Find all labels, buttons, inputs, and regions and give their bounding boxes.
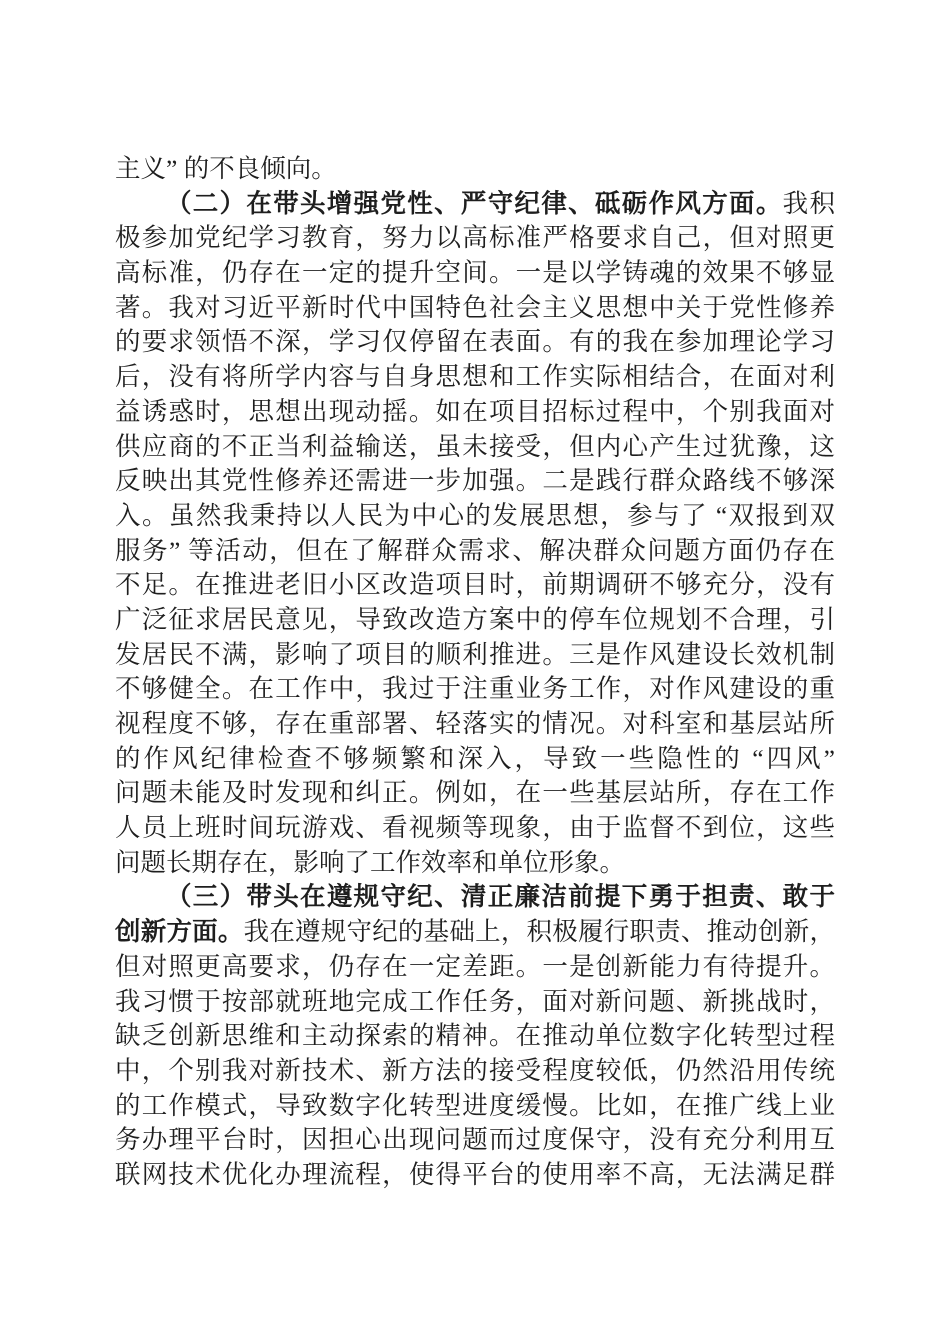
text-segment: 人员上班时间玩游戏、看视频等现象，由于监督不到位，这些 [115, 813, 835, 842]
text-segment: 问题未能及时发现和纠正。例如，在一些基层站所，存在工作 [115, 778, 835, 807]
text-segment: 务办理平台时，因担心出现问题而过度保守，没有充分利用互 [115, 1125, 835, 1154]
doc-line: 益诱惑时，思想出现动摇。如在项目招标过程中，个别我面对 [115, 395, 835, 430]
doc-line: 中，个别我对新技术、新方法的接受程度较低，仍然沿用传统 [115, 1054, 835, 1089]
text-segment: 的作风纪律检查不够频繁和深入，导致一些隐性的 “四风” [115, 744, 835, 773]
text-segment: 我在遵规守纪的基础上，积极履行职责、推动创新， [244, 917, 835, 946]
doc-line: 高标准，仍存在一定的提升空间。一是以学铸魂的效果不够显 [115, 256, 835, 291]
doc-line: 联网技术优化办理流程，使得平台的使用率不高，无法满足群 [115, 1158, 835, 1193]
doc-line: 供应商的不正当利益输送，虽未接受，但内心产生过犹豫，这 [115, 430, 835, 465]
text-segment: 但对照更高要求，仍存在一定差距。一是创新能力有待提升。 [115, 952, 835, 981]
doc-line: 我习惯于按部就班地完成工作任务，面对新问题、新挑战时， [115, 985, 835, 1020]
text-segment: 主义” 的不良倾向。 [115, 154, 337, 183]
text-segment: 服务” 等活动，但在了解群众需求、解决群众问题方面仍存在 [115, 536, 835, 565]
text-segment: 的要求领悟不深，学习仅停留在表面。有的我在参加理论学习 [115, 327, 835, 356]
doc-line: 极参加党纪学习教育，努力以高标准严格要求自己，但对照更 [115, 221, 835, 256]
document-text-block: 主义” 的不良倾向。 （二）在带头增强党性、严守纪律、砥砺作风方面。我积 极参加… [115, 152, 835, 1193]
doc-line: 缺乏创新思维和主动探索的精神。在推动单位数字化转型过程 [115, 1019, 835, 1054]
doc-line: 问题未能及时发现和纠正。例如，在一些基层站所，存在工作 [115, 776, 835, 811]
doc-line: 广泛征求居民意见，导致改造方案中的停车位规划不合理，引 [115, 603, 835, 638]
doc-line: 反映出其党性修养还需进一步加强。二是践行群众路线不够深 [115, 464, 835, 499]
doc-line: 问题长期存在，影响了工作效率和单位形象。 [115, 846, 835, 881]
text-segment: 极参加党纪学习教育，努力以高标准严格要求自己，但对照更 [115, 223, 835, 252]
document-page: 主义” 的不良倾向。 （二）在带头增强党性、严守纪律、砥砺作风方面。我积 极参加… [0, 0, 950, 1344]
text-segment: 入。虽然我秉持以人民为中心的发展思想，参与了 “双报到双 [115, 501, 835, 530]
doc-line: 创新方面。我在遵规守纪的基础上，积极履行职责、推动创新， [115, 915, 835, 950]
bold-text-segment: （三）带头在遵规守纪、清正廉洁前提下勇于担责、敢于 [166, 882, 835, 911]
doc-line-heading-2: （二）在带头增强党性、严守纪律、砥砺作风方面。我积 [115, 187, 835, 222]
doc-line: 的作风纪律检查不够频繁和深入，导致一些隐性的 “四风” [115, 742, 835, 777]
text-segment: 的工作模式，导致数字化转型进度缓慢。比如，在推广线上业 [115, 1091, 835, 1120]
text-segment: 中，个别我对新技术、新方法的接受程度较低，仍然沿用传统 [115, 1056, 835, 1085]
text-segment: 著。我对习近平新时代中国特色社会主义思想中关于党性修养 [115, 293, 835, 322]
text-segment: 缺乏创新思维和主动探索的精神。在推动单位数字化转型过程 [115, 1021, 835, 1050]
text-segment: 不足。在推进老旧小区改造项目时，前期调研不够充分，没有 [115, 570, 835, 599]
doc-line: 不够健全。在工作中，我过于注重业务工作，对作风建设的重 [115, 672, 835, 707]
doc-line: 人员上班时间玩游戏、看视频等现象，由于监督不到位，这些 [115, 811, 835, 846]
text-segment: 益诱惑时，思想出现动摇。如在项目招标过程中，个别我面对 [115, 397, 835, 426]
text-segment: 我积 [783, 189, 835, 218]
doc-line: 著。我对习近平新时代中国特色社会主义思想中关于党性修养 [115, 291, 835, 326]
doc-line: 视程度不够，存在重部署、轻落实的情况。对科室和基层站所 [115, 707, 835, 742]
doc-line: 服务” 等活动，但在了解群众需求、解决群众问题方面仍存在 [115, 534, 835, 569]
doc-line: 主义” 的不良倾向。 [115, 152, 835, 187]
text-segment: 不够健全。在工作中，我过于注重业务工作，对作风建设的重 [115, 674, 835, 703]
doc-line: 不足。在推进老旧小区改造项目时，前期调研不够充分，没有 [115, 568, 835, 603]
doc-line: 但对照更高要求，仍存在一定差距。一是创新能力有待提升。 [115, 950, 835, 985]
text-segment: 发居民不满，影响了项目的顺利推进。三是作风建设长效机制 [115, 640, 835, 669]
text-segment: 我习惯于按部就班地完成工作任务，面对新问题、新挑战时， [115, 987, 835, 1016]
doc-line: 发居民不满，影响了项目的顺利推进。三是作风建设长效机制 [115, 638, 835, 673]
text-segment: 问题长期存在，影响了工作效率和单位形象。 [115, 848, 625, 877]
text-segment: 供应商的不正当利益输送，虽未接受，但内心产生过犹豫，这 [115, 432, 835, 461]
doc-line-heading-3: （三）带头在遵规守纪、清正廉洁前提下勇于担责、敢于 [115, 880, 835, 915]
text-segment: 后，没有将所学内容与自身思想和工作实际相结合，在面对利 [115, 362, 835, 391]
text-segment: 联网技术优化办理流程，使得平台的使用率不高，无法满足群 [115, 1160, 835, 1189]
doc-line: 务办理平台时，因担心出现问题而过度保守，没有充分利用互 [115, 1123, 835, 1158]
text-segment: 反映出其党性修养还需进一步加强。二是践行群众路线不够深 [115, 466, 835, 495]
text-segment: 高标准，仍存在一定的提升空间。一是以学铸魂的效果不够显 [115, 258, 835, 287]
doc-line: 后，没有将所学内容与自身思想和工作实际相结合，在面对利 [115, 360, 835, 395]
doc-line: 的工作模式，导致数字化转型进度缓慢。比如，在推广线上业 [115, 1089, 835, 1124]
doc-line: 的要求领悟不深，学习仅停留在表面。有的我在参加理论学习 [115, 325, 835, 360]
bold-text-segment: （二）在带头增强党性、严守纪律、砥砺作风方面。 [166, 189, 783, 218]
bold-text-segment: 创新方面。 [115, 917, 244, 946]
text-segment: 视程度不够，存在重部署、轻落实的情况。对科室和基层站所 [115, 709, 835, 738]
text-segment: 广泛征求居民意见，导致改造方案中的停车位规划不合理，引 [115, 605, 835, 634]
doc-line: 入。虽然我秉持以人民为中心的发展思想，参与了 “双报到双 [115, 499, 835, 534]
